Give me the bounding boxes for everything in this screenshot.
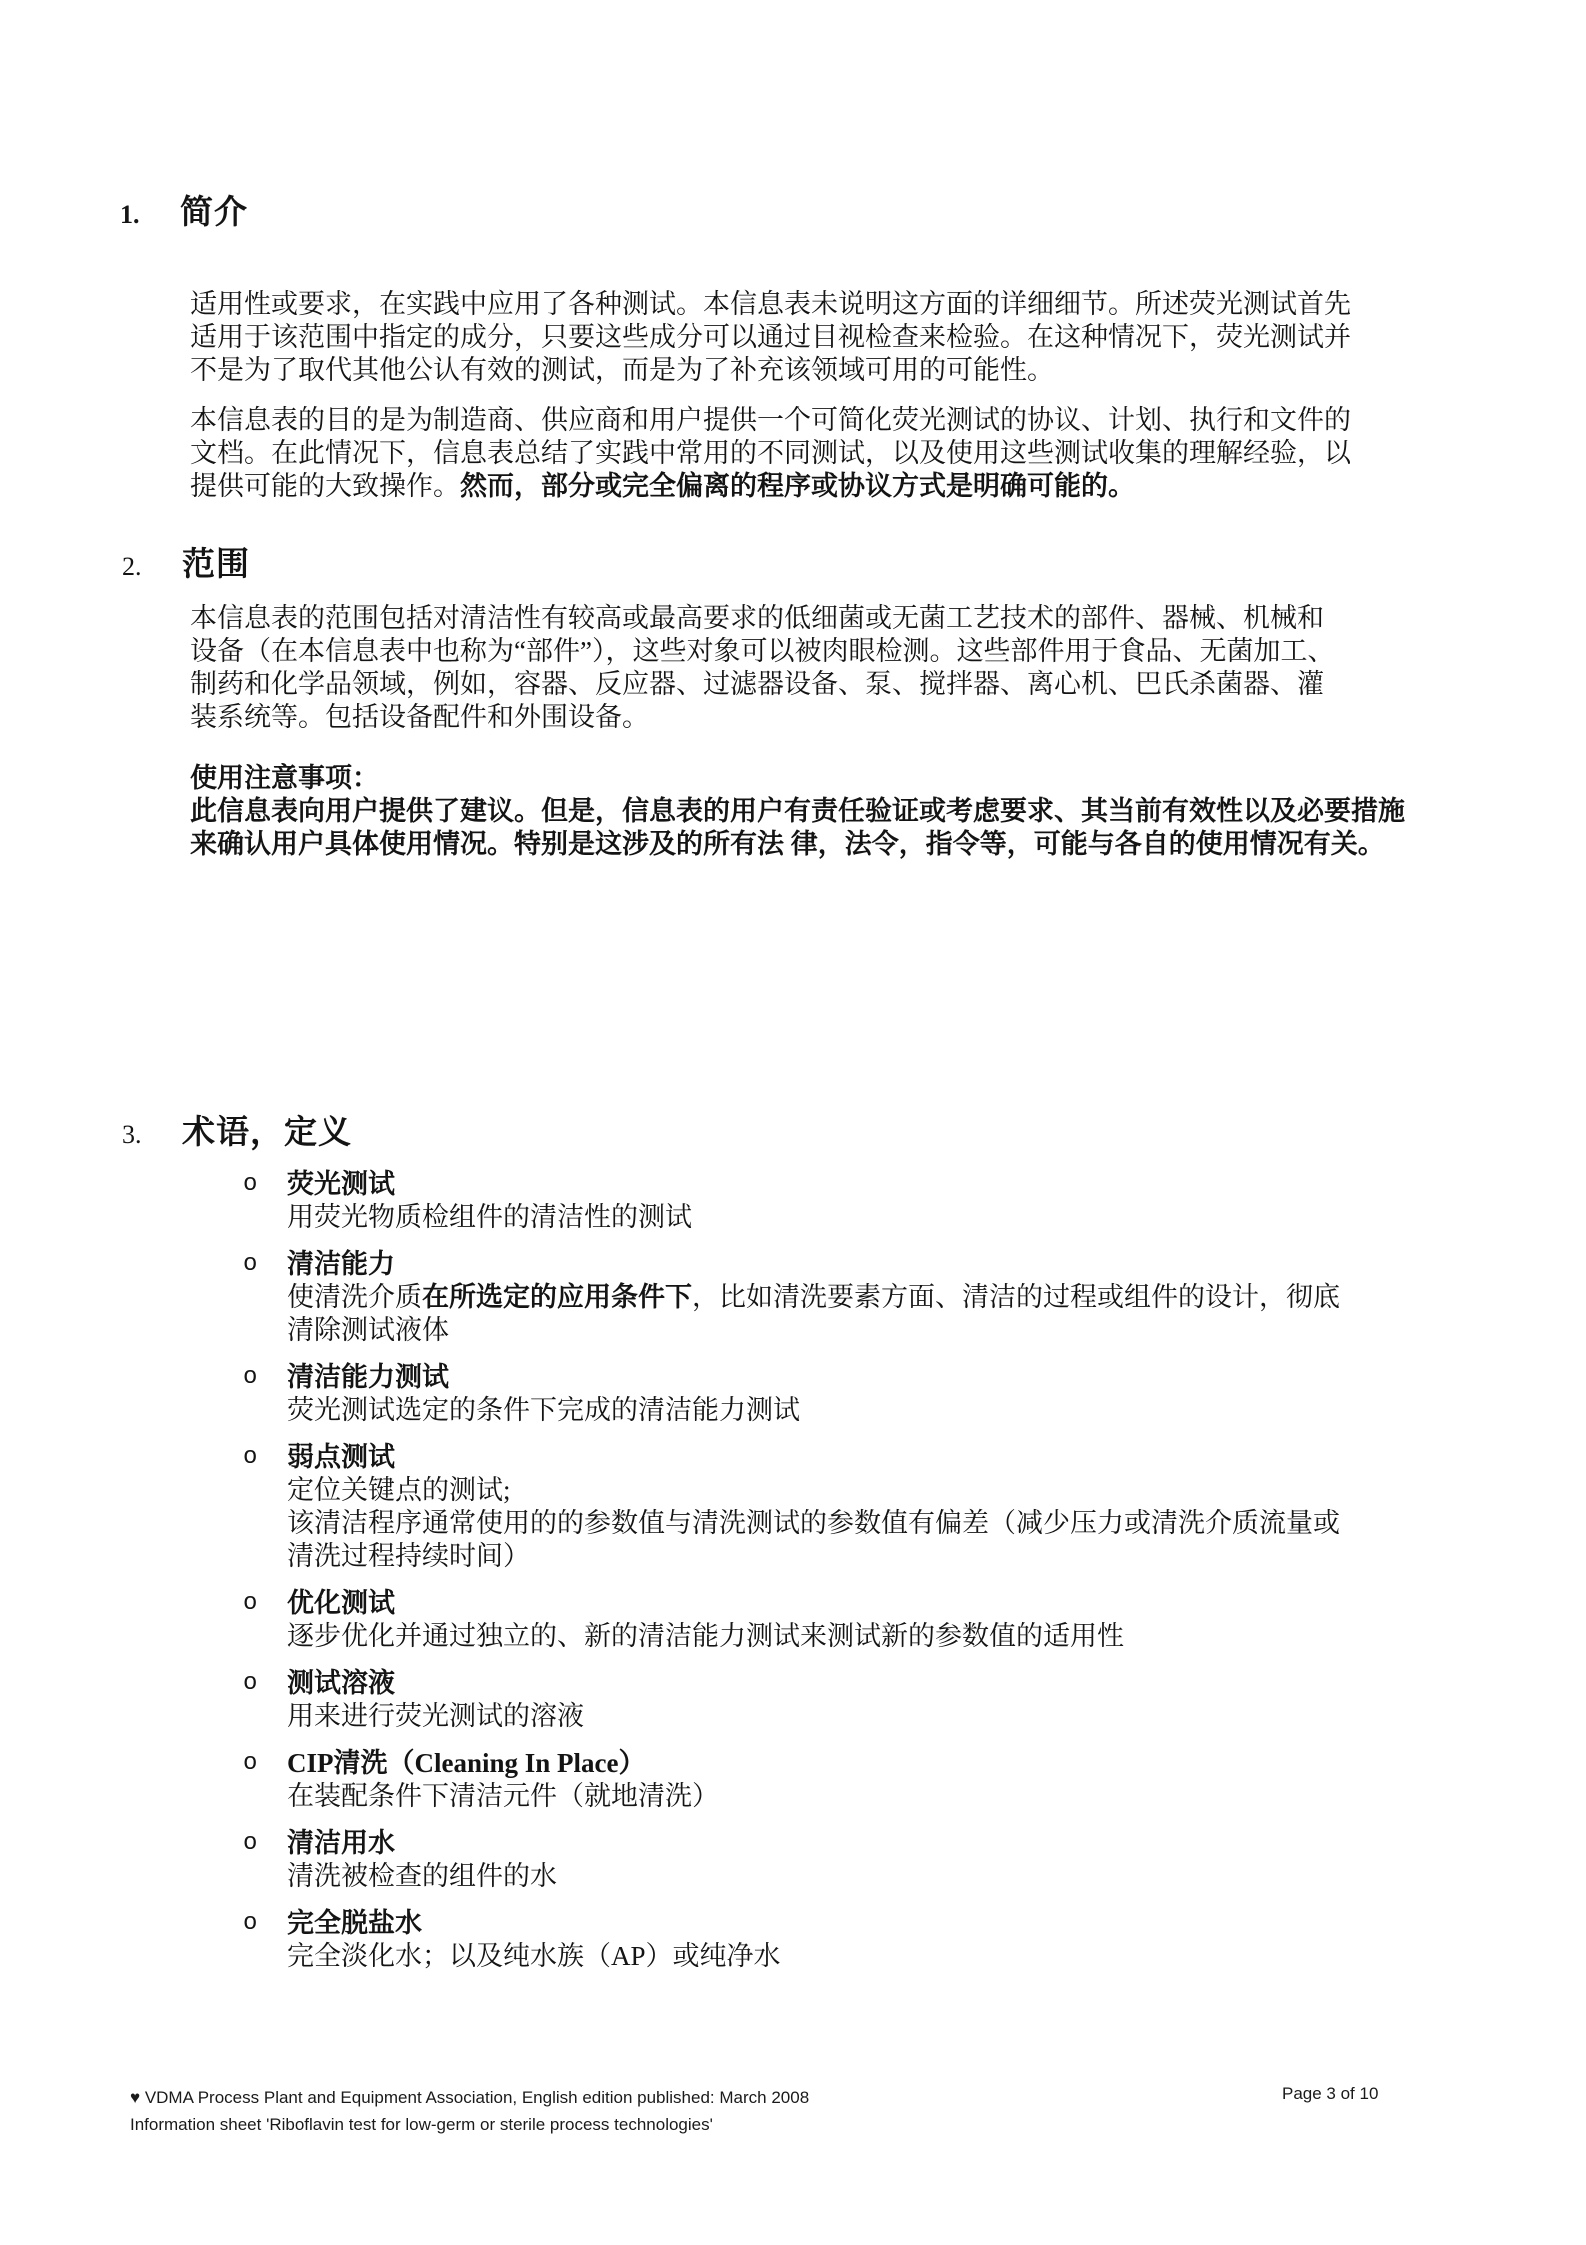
section-3-number: 3.	[122, 1120, 182, 1150]
term-name: CIP清洗（Cleaning In Place）	[287, 1747, 719, 1780]
list-bullet: o	[243, 1587, 287, 1653]
page-number: Page 3 of 10	[1282, 2084, 1378, 2104]
list-bullet: o	[243, 1441, 287, 1573]
paragraph-line: 文档。在此情况下，信息表总结了实践中常用的不同测试，以及使用这些测试收集的理解经…	[190, 437, 1450, 470]
term-description: 完全淡化水；以及纯水族（AP）或纯净水	[287, 1940, 781, 1973]
section-3-heading: 3. 术语，定义	[122, 1106, 352, 1153]
notice-title: 使用注意事项：	[190, 762, 1450, 795]
term-body: 清洁能力测试 荧光测试选定的条件下完成的清洁能力测试	[287, 1361, 800, 1427]
paragraph-line: 提供可能的大致操作。然而，部分或完全偏离的程序或协议方式是明确可能的。	[190, 470, 1450, 503]
document-page: 1. 简介 适用性或要求，在实践中应用了各种测试。本信息表未说明这方面的详细细节…	[0, 0, 1586, 2245]
footer-line-sheet-title: Information sheet 'Riboflavin test for l…	[130, 2111, 809, 2138]
term-body: 完全脱盐水 完全淡化水；以及纯水族（AP）或纯净水	[287, 1907, 781, 1973]
term-description: 逐步优化并通过独立的、新的清洁能力测试来测试新的参数值的适用性	[287, 1620, 1124, 1653]
section-1-number: 1.	[120, 200, 180, 230]
term-description: 清除测试液体	[287, 1314, 1340, 1347]
usage-notice: 使用注意事项： 此信息表向用户提供了建议。但是，信息表的用户有责任验证或考虑要求…	[190, 762, 1450, 861]
term-description: 在装配条件下清洁元件（就地清洗）	[287, 1780, 719, 1813]
notice-line: 此信息表向用户提供了建议。但是，信息表的用户有责任验证或考虑要求、其当前有效性以…	[190, 795, 1450, 828]
paragraph-line: 适用于该范围中指定的成分，只要这些成分可以通过目视检查来检验。在这种情况下，荧光…	[190, 321, 1450, 354]
term-body: 清洁能力 使清洗介质在所选定的应用条件下，比如清洗要素方面、清洁的过程或组件的设…	[287, 1248, 1340, 1347]
term-name: 优化测试	[287, 1587, 1124, 1620]
section-2-paragraph: 本信息表的范围包括对清洁性有较高或最高要求的低细菌或无菌工艺技术的部件、器械、机…	[190, 602, 1450, 734]
notice-line: 来确认用户具体使用情况。特别是这涉及的所有法 律，法令，指令等，可能与各自的使用…	[190, 828, 1450, 861]
term-description: 该清洁程序通常使用的的参数值与清洗测试的参数值有偏差（减少压力或清洗介质流量或	[287, 1507, 1340, 1540]
term-body: 优化测试 逐步优化并通过独立的、新的清洁能力测试来测试新的参数值的适用性	[287, 1587, 1124, 1653]
term-description: 用来进行荧光测试的溶液	[287, 1700, 584, 1733]
term-name: 清洁能力	[287, 1248, 1340, 1281]
paragraph-line: 设备（在本信息表中也称为“部件”），这些对象可以被肉眼检测。这些部件用于食品、无…	[190, 635, 1450, 668]
term-item-cleaning-ability: o 清洁能力 使清洗介质在所选定的应用条件下，比如清洗要素方面、清洁的过程或组件…	[243, 1248, 1503, 1347]
section-2-title: 范围	[182, 538, 250, 585]
term-description: 使清洗介质在所选定的应用条件下，比如清洗要素方面、清洁的过程或组件的设计，彻底	[287, 1281, 1340, 1314]
list-bullet: o	[243, 1168, 287, 1234]
term-description: 清洗被检查的组件的水	[287, 1860, 557, 1893]
term-description: 荧光测试选定的条件下完成的清洁能力测试	[287, 1394, 800, 1427]
section-2-heading: 2. 范围	[122, 538, 250, 585]
term-body: CIP清洗（Cleaning In Place） 在装配条件下清洁元件（就地清洗…	[287, 1747, 719, 1813]
section-2-number: 2.	[122, 552, 182, 582]
term-description: 用荧光物质检组件的清洁性的测试	[287, 1201, 692, 1234]
term-description-emphasis: 在所选定的应用条件下	[422, 1282, 692, 1312]
list-bullet: o	[243, 1667, 287, 1733]
paragraph-text: 提供可能的大致操作。	[190, 471, 460, 501]
term-name: 荧光测试	[287, 1168, 692, 1201]
term-item-test-solution: o 测试溶液 用来进行荧光测试的溶液	[243, 1667, 1503, 1733]
paragraph-line: 装系统等。包括设备配件和外围设备。	[190, 701, 1450, 734]
term-description: 清洗过程持续时间）	[287, 1540, 1340, 1573]
list-bullet: o	[243, 1747, 287, 1813]
list-bullet: o	[243, 1827, 287, 1893]
section-1-paragraph-2: 本信息表的目的是为制造商、供应商和用户提供一个可简化荧光测试的协议、计划、执行和…	[190, 404, 1450, 503]
paragraph-line: 不是为了取代其他公认有效的测试，而是为了补充该领域可用的可能性。	[190, 354, 1450, 387]
footer: ♥ VDMA Process Plant and Equipment Assoc…	[130, 2084, 809, 2138]
section-3-title: 术语，定义	[182, 1106, 352, 1153]
section-1-heading: 1. 简介	[120, 186, 248, 233]
term-body: 弱点测试 定位关键点的测试; 该清洁程序通常使用的的参数值与清洗测试的参数值有偏…	[287, 1441, 1340, 1573]
paragraph-line: 适用性或要求，在实践中应用了各种测试。本信息表未说明这方面的详细细节。所述荧光测…	[190, 288, 1450, 321]
list-bullet: o	[243, 1248, 287, 1347]
term-body: 清洁用水 清洗被检查的组件的水	[287, 1827, 557, 1893]
term-description-text: 使清洗介质	[287, 1282, 422, 1312]
term-name: 弱点测试	[287, 1441, 1340, 1474]
term-item-optimization-test: o 优化测试 逐步优化并通过独立的、新的清洁能力测试来测试新的参数值的适用性	[243, 1587, 1503, 1653]
term-body: 测试溶液 用来进行荧光测试的溶液	[287, 1667, 584, 1733]
paragraph-line: 制药和化学品领域，例如，容器、反应器、过滤器设备、泵、搅拌器、离心机、巴氏杀菌器…	[190, 668, 1450, 701]
term-item-cleaning-ability-test: o 清洁能力测试 荧光测试选定的条件下完成的清洁能力测试	[243, 1361, 1503, 1427]
terms-list: o 荧光测试 用荧光物质检组件的清洁性的测试 o 清洁能力 使清洗介质在所选定的…	[243, 1168, 1503, 1987]
term-name: 完全脱盐水	[287, 1907, 781, 1940]
term-item-weak-point-test: o 弱点测试 定位关键点的测试; 该清洁程序通常使用的的参数值与清洗测试的参数值…	[243, 1441, 1503, 1573]
section-1-paragraph-1: 适用性或要求，在实践中应用了各种测试。本信息表未说明这方面的详细细节。所述荧光测…	[190, 288, 1450, 387]
term-item-demineralized-water: o 完全脱盐水 完全淡化水；以及纯水族（AP）或纯净水	[243, 1907, 1503, 1973]
paragraph-text-emphasis: 然而，部分或完全偏离的程序或协议方式是明确可能的。	[460, 471, 1135, 501]
term-description: 定位关键点的测试;	[287, 1474, 1340, 1507]
paragraph-line: 本信息表的目的是为制造商、供应商和用户提供一个可简化荧光测试的协议、计划、执行和…	[190, 404, 1450, 437]
term-item-cleaning-water: o 清洁用水 清洗被检查的组件的水	[243, 1827, 1503, 1893]
term-name: 清洁能力测试	[287, 1361, 800, 1394]
term-item-fluorescence-test: o 荧光测试 用荧光物质检组件的清洁性的测试	[243, 1168, 1503, 1234]
footer-line-association: ♥ VDMA Process Plant and Equipment Assoc…	[130, 2084, 809, 2111]
paragraph-line: 本信息表的范围包括对清洁性有较高或最高要求的低细菌或无菌工艺技术的部件、器械、机…	[190, 602, 1450, 635]
list-bullet: o	[243, 1907, 287, 1973]
list-bullet: o	[243, 1361, 287, 1427]
term-name: 测试溶液	[287, 1667, 584, 1700]
term-description-text: ，比如清洗要素方面、清洁的过程或组件的设计，彻底	[692, 1282, 1340, 1312]
section-1-title: 简介	[180, 186, 248, 233]
term-name: 清洁用水	[287, 1827, 557, 1860]
term-body: 荧光测试 用荧光物质检组件的清洁性的测试	[287, 1168, 692, 1234]
term-item-cip-cleaning: o CIP清洗（Cleaning In Place） 在装配条件下清洁元件（就地…	[243, 1747, 1503, 1813]
